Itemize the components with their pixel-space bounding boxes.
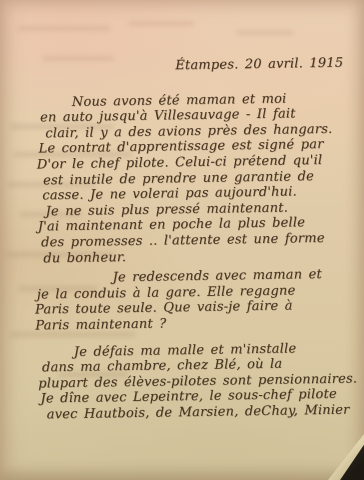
dateline: Étampes. 20 avril. 1915 [175, 56, 349, 74]
ghost-strip [236, 30, 294, 35]
paragraph-3: Je défais ma malle et m'installedans ma … [40, 340, 355, 423]
ghost-strip [128, 21, 194, 26]
letter-scan: Étampes. 20 avril. 1915 Nous avons été m… [0, 0, 364, 480]
letter-body: Étampes. 20 avril. 1915 Nous avons été m… [35, 56, 355, 423]
ghost-strip [18, 26, 110, 31]
curled-corner [324, 432, 364, 480]
paragraph-1: Nous avons été maman et moien auto jusqu… [36, 90, 353, 266]
paragraph-2: Je redescends avec maman etje la conduis… [38, 267, 353, 334]
